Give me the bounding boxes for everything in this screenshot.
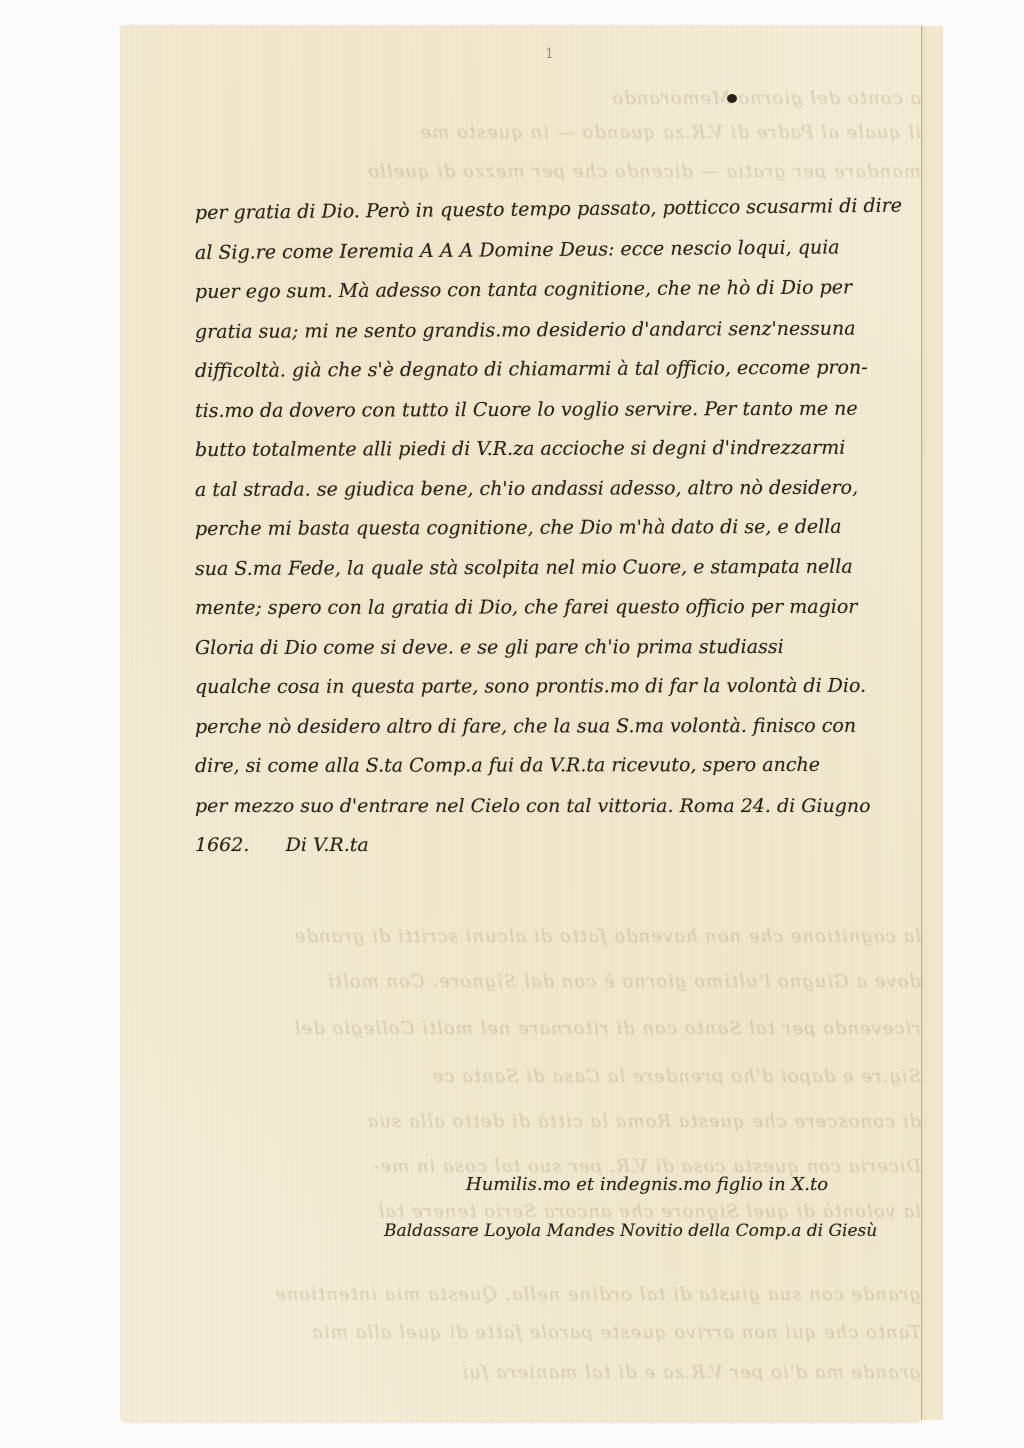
letter-line: Gloria di Dio come si deve. e se gli par… <box>195 627 875 668</box>
manuscript-page: 1 a conto del giorno Memorando il quale … <box>121 26 921 1422</box>
letter-line: tis.mo da dovero con tutto il Cuore lo v… <box>195 389 875 431</box>
letter-line: sua S.ma Fede, la quale stà scolpita nel… <box>195 547 875 589</box>
bleed-through-text: mandare per gratia — dicendo che per mez… <box>121 161 921 182</box>
letter-line: puer ego sum. Mà adesso con tanta cognit… <box>195 268 875 312</box>
letter-line: per mezzo suo d'entrare nel Cielo con ta… <box>195 787 875 827</box>
bleed-through-text: grande con sua giusta di tal ordine nell… <box>121 1284 921 1305</box>
bleed-through-text: di conoscere che questa Roma la città di… <box>121 1111 921 1132</box>
bleed-through-text: grande ma d'io per V.R.za e di tal manie… <box>121 1362 921 1383</box>
bleed-through-text: a conto del giorno Memorando <box>121 88 921 109</box>
signature: Baldassare Loyola Mandes Novitio della C… <box>384 1221 877 1241</box>
letter-line: butto totalmente alli piedi di V.R.za ac… <box>195 429 875 471</box>
letter-line: per gratia di Dio. Però in questo tempo … <box>195 187 875 234</box>
letter-line: gratia sua; mi ne sento grandis.mo desid… <box>195 309 875 352</box>
letter-line: mente; spero con la gratia di Dio, che f… <box>195 588 875 629</box>
letter-line: perche mi basta questa cognitione, che D… <box>195 508 875 550</box>
closing-salutation: Humilis.mo et indegnis.mo figlio in X.to <box>466 1174 828 1195</box>
bleed-through-text: il quale al Padre di V.R.za quando — in … <box>121 122 921 143</box>
letter-line: difficoltà. già che s'è degnato di chiam… <box>195 348 875 391</box>
bleed-through-text: dove a Giugno l'ultimo giorno è con dal … <box>121 971 921 992</box>
letter-line: qualche cosa in questa parte, sono pront… <box>195 667 875 708</box>
bleed-through-text: Sig.re e dapoi d'ho prendere la Casa di … <box>121 1066 921 1087</box>
folded-leaf-edge <box>921 26 943 1420</box>
letter-line: dire, si come alla S.ta Comp.a fui da V.… <box>195 746 875 787</box>
letter-line: perche nò desidero altro di fare, che la… <box>195 706 875 747</box>
letter-line: a tal strada. se giudica bene, ch'io and… <box>195 468 875 510</box>
letter-body: per gratia di Dio. Però in questo tempo … <box>195 194 875 866</box>
letter-line: al Sig.re come Ieremia A A A Domine Deus… <box>195 228 875 273</box>
bleed-through-text: ricevendo per tal Santo con di ritornare… <box>121 1018 921 1039</box>
bleed-through-text: Tanto che qui non arrivo queste parole f… <box>121 1322 921 1343</box>
bleed-through-text: la volontà di quel Signore che ancora Se… <box>121 1201 921 1222</box>
bleed-through-text: la cognitione che non havendo fatto di a… <box>121 926 921 947</box>
letter-date-line: 1662. Di V.R.ta <box>195 826 875 866</box>
page-number-mark: 1 <box>545 46 554 62</box>
